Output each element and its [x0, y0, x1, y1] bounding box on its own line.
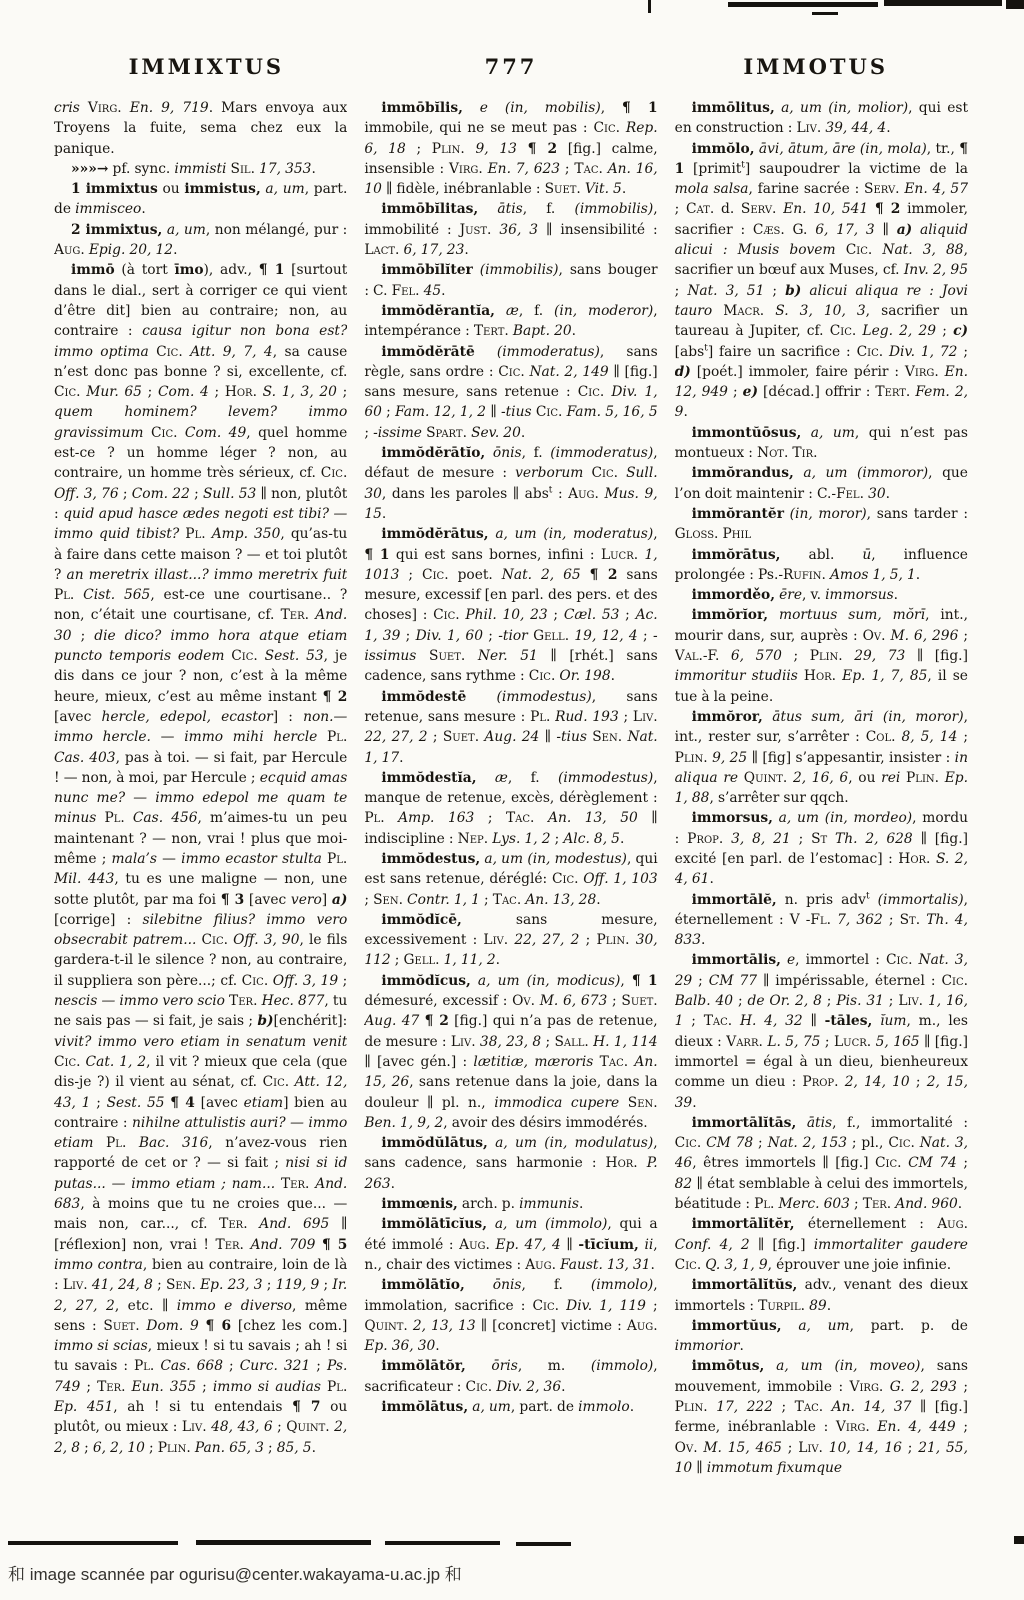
entry-paragraph: immŏlo, āvi, ātum, āre (in, mola), tr., … — [675, 139, 968, 423]
scanned-dictionary-page: IMMIXTUS 777 IMMOTUS cris Virg. En. 9, 7… — [0, 0, 1024, 1600]
entry-paragraph: immortālĭtās, ātis, f., immortalité : Ci… — [675, 1113, 968, 1214]
entry-paragraph: immorsus, a, um (in, mordeo), mordu : Pr… — [675, 808, 968, 889]
scan-artifact — [884, 0, 1002, 6]
running-head: IMMIXTUS 777 IMMOTUS — [54, 54, 968, 79]
entry-paragraph: »»»→ pf. sync. immisti Sil. 17, 353. — [54, 159, 347, 179]
entry-paragraph: 1 immixtus ou immistus, a, um, part. de … — [54, 179, 347, 220]
running-head-left: IMMIXTUS — [54, 54, 359, 79]
entry-paragraph: immœnis, arch. p. immunis. — [364, 1194, 657, 1214]
entry-paragraph: immŏrandus, a, um (immoror), que l’on do… — [675, 463, 968, 504]
entry-paragraph: immŏdŭlātus, a, um (in, modulatus), sans… — [364, 1133, 657, 1194]
scan-artifact — [1014, 1536, 1024, 1544]
column-right: immōlitus, a, um (in, molior), qui est e… — [675, 98, 968, 1546]
entry-paragraph: immŏlātus, a, um, part. de immolo. — [364, 1397, 657, 1417]
entry-paragraph: immŏdĕrātus, a, um (in, moderatus), ¶ 1 … — [364, 524, 657, 686]
entry-paragraph: immŏrĭor, mortuus sum, mŏrī, int., mouri… — [675, 605, 968, 706]
scan-artifact — [1006, 0, 1024, 9]
entry-paragraph: immōbĭlĭter (immobilis), sans bouger : C… — [364, 260, 657, 301]
entry-paragraph: immōbĭlis, e (in, mobilis), ¶ 1 immobile… — [364, 98, 657, 199]
entry-paragraph: immōlitus, a, um (in, molior), qui est e… — [675, 98, 968, 139]
scan-artifact — [812, 12, 838, 15]
entry-paragraph: immortālis, e, immortel : Cic. Nat. 3, 2… — [675, 950, 968, 1112]
entry-paragraph: immortālĭtŭs, adv., venant des dieux imm… — [675, 1275, 968, 1316]
entry-paragraph: immŏdestĭa, æ, f. (immodestus), manque d… — [364, 768, 657, 849]
entry-paragraph: immortŭus, a, um, part. p. de immorior. — [675, 1316, 968, 1357]
entry-paragraph: immorděo, ēre, v. immorsus. — [675, 585, 968, 605]
entry-paragraph: immŏdestus, a, um (in, modestus), qui es… — [364, 849, 657, 910]
scan-artifact — [648, 0, 651, 13]
entry-paragraph: immŏdestē (immodestus), sans retenue, sa… — [364, 687, 657, 768]
entry-paragraph: immōtus, a, um (in, moveo), sans mouveme… — [675, 1356, 968, 1478]
column-middle: immōbĭlis, e (in, mobilis), ¶ 1 immobile… — [364, 98, 657, 1546]
entry-paragraph: 2 immixtus, a, um, non mélangé, pur : Au… — [54, 220, 347, 261]
entry-paragraph: immō (à tort īmo), adv., ¶ 1 [surtout da… — [54, 260, 347, 1458]
text-columns: cris Virg. En. 9, 719. Mars envoya aux T… — [54, 98, 968, 1546]
scan-credit: 和 image scannée par ogurisu@center.wakay… — [8, 1560, 462, 1585]
entry-paragraph: immŏlātĭo, ōnis, f. (immolo), immolation… — [364, 1275, 657, 1356]
column-left: cris Virg. En. 9, 719. Mars envoya aux T… — [54, 98, 347, 1546]
entry-paragraph: immŏrantĕr (in, moror), sans tarder : Gl… — [675, 504, 968, 545]
entry-paragraph: immŏdĭcē, sans mesure, excessivement : L… — [364, 910, 657, 971]
entry-paragraph: immŏdĕrātĭo, ōnis, f. (immoderatus), déf… — [364, 443, 657, 524]
entry-paragraph: immŏdĭcus, a, um (in, modicus), ¶ 1 déme… — [364, 971, 657, 1133]
entry-paragraph: immŏrātus, abl. ū, influence prolongée :… — [675, 545, 968, 586]
entry-paragraph: immŏlātŏr, ōris, m. (immolo), sacrificat… — [364, 1356, 657, 1397]
running-head-right: IMMOTUS — [663, 54, 968, 79]
entry-paragraph: immortālĭtĕr, éternellement : Aug. Conf.… — [675, 1214, 968, 1275]
scan-artifact — [728, 2, 878, 7]
entry-paragraph: immortālĕ, n. pris advt (immortalis), ét… — [675, 890, 968, 951]
entry-paragraph: cris Virg. En. 9, 719. Mars envoya aux T… — [54, 98, 347, 159]
entry-paragraph: immŏdĕrantĭa, æ, f. (in, moderor), intem… — [364, 301, 657, 342]
entry-paragraph: immŏdĕrātē (immoderatus), sans règle, sa… — [364, 342, 657, 443]
entry-paragraph: immŏlātīcĭus, a, um (immolo), qui a été … — [364, 1214, 657, 1275]
page-number: 777 — [359, 54, 664, 79]
entry-paragraph: immōbĭlitas, ātis, f. (immobilis), immob… — [364, 199, 657, 260]
entry-paragraph: immŏror, ātus sum, āri (in, moror), int.… — [675, 707, 968, 808]
entry-paragraph: immontŭōsus, a, um, qui n’est pas montue… — [675, 423, 968, 464]
